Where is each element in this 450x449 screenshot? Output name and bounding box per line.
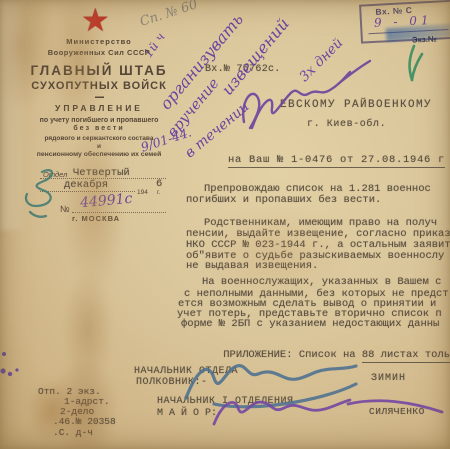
copy-number-label: Экз.№ — [412, 34, 437, 44]
recipient-line1: ЕВСКОМУ РАЙВОЕНКОМУ — [280, 99, 432, 111]
signer1-name: ЗИМИН — [371, 373, 406, 384]
year-suffix: г. — [157, 189, 160, 196]
number-label: № — [60, 204, 70, 214]
dept-line3: рядового и сержантского состава — [8, 135, 190, 142]
recipient-line2: г. Киев-обл. — [307, 119, 386, 130]
signer1-title2: ПОЛКОВНИК:- — [136, 377, 208, 388]
org-line1: ГЛАВНЫЙ ШТАБ — [8, 63, 190, 78]
signer1-title1: НАЧАЛЬНИК ОТДЕЛА — [134, 366, 238, 377]
body-p1-line2: погибших и пропавших без вести. — [186, 194, 381, 206]
ministry-line1: Министерство — [8, 37, 190, 46]
city-label: г. МОСКВА — [72, 214, 120, 223]
footer-line-exec: .С. д-ч — [53, 427, 93, 438]
dept-line4: и — [8, 143, 190, 150]
ministry-line2: Вооруженных Сил СССР — [8, 48, 190, 57]
reference-line: на Ваш № 1-0476 от 27.08.1946 г — [228, 154, 445, 168]
red-star-icon: ★ — [81, 1, 110, 39]
signer2-title2: М А Й О Р:- — [157, 408, 223, 419]
dept-line5: пенсионному обеспечению их семей — [8, 151, 190, 158]
org-line2: СУХОПУТНЫХ ВОЙСК — [8, 80, 190, 92]
body-p3-line5: форме № 2БП с указанием недостающих данн… — [181, 318, 439, 330]
resolution-word3: 3х дней — [296, 35, 346, 85]
letterhead: Министерство Вооруженных Сил СССР ГЛАВНЫ… — [8, 37, 190, 158]
signer2-name: СИЛЯЧЕНКО — [369, 406, 425, 417]
body-p2-line5: не выдавая извещения. — [186, 260, 318, 272]
dept-line1: по учету погибшего и пропавшего — [8, 117, 190, 124]
body-p3-line1: На военнослужащих, указанных в Вашем с — [202, 276, 441, 288]
dept-line2: без вести — [8, 125, 190, 132]
attachment-underlined: 88 листах толь — [362, 349, 450, 363]
letterhead-divider: ▬▬ — [8, 94, 190, 100]
year-printed: 194 — [137, 189, 148, 196]
scanned-document-page: ★ Министерство Вооруженных Сил СССР ГЛАВ… — [0, 0, 450, 449]
green-check-mark — [410, 46, 422, 80]
pencil-note: Сп. № 60 — [138, 0, 199, 30]
footer-line-ref: .46.№ 20358 — [53, 416, 116, 427]
dept-title: УПРАВЛЕНИЕ — [8, 103, 190, 113]
purple-ink-dots — [0, 352, 18, 376]
attachment-prefix: ПРИЛОЖЕНИЕ: Список на — [223, 349, 362, 361]
signer2-title1: НАЧАЛЬНИК I ОТДЕЛЕНИЯ — [157, 396, 294, 407]
